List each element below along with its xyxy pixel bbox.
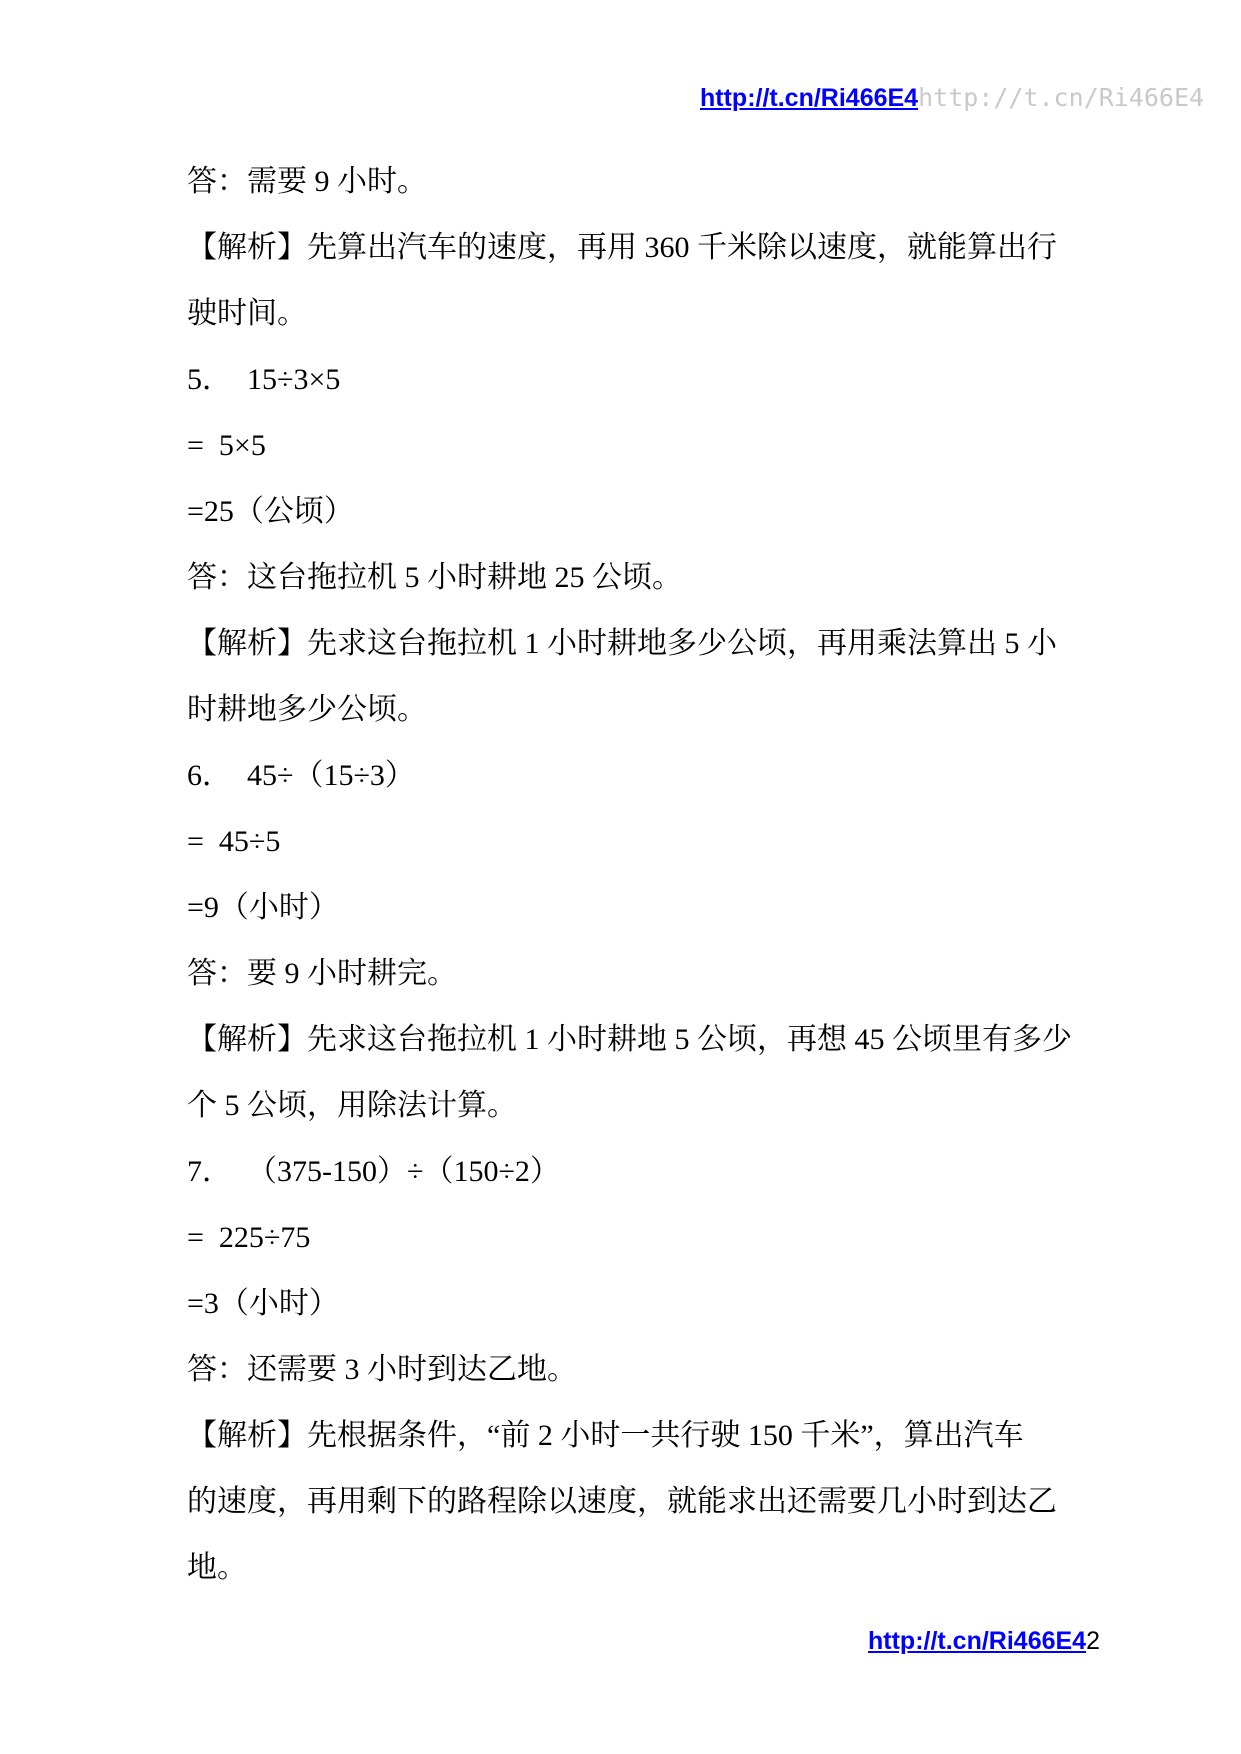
text-line: = 45÷5 (187, 809, 1117, 875)
page-header: http://t.cn/Ri466E4http://t.cn/Ri466E4 (700, 84, 1204, 113)
text-line: =3（小时） (187, 1271, 1117, 1337)
text-line: 【解析】先求这台拖拉机 1 小时耕地 5 公顷，再想 45 公顷里有多少 (187, 1007, 1117, 1073)
document-body: 答：需要 9 小时。 【解析】先算出汽车的速度，再用 360 千米除以速度，就能… (187, 149, 1117, 1601)
text-line: =25（公顷） (187, 479, 1117, 545)
text-line: 时耕地多少公顷。 (187, 677, 1117, 743)
text-line: 的速度，再用剩下的路程除以速度，就能求出还需要几小时到达乙 (187, 1469, 1117, 1535)
text-line: 6． 45÷（15÷3） (187, 743, 1117, 809)
text-line: 【解析】先算出汽车的速度，再用 360 千米除以速度，就能算出行 (187, 215, 1117, 281)
text-line: =9（小时） (187, 875, 1117, 941)
text-line: 个 5 公顷，用除法计算。 (187, 1073, 1117, 1139)
page-number: 2 (1086, 1627, 1100, 1655)
document-page: http://t.cn/Ri466E4http://t.cn/Ri466E4 答… (0, 0, 1241, 1754)
header-link[interactable]: http://t.cn/Ri466E4 (700, 84, 918, 112)
text-line: 答：需要 9 小时。 (187, 149, 1117, 215)
footer-link[interactable]: http://t.cn/Ri466E4 (868, 1627, 1086, 1655)
text-line: 答：要 9 小时耕完。 (187, 941, 1117, 1007)
page-footer: http://t.cn/Ri466E42 (868, 1626, 1100, 1656)
text-line: 【解析】先求这台拖拉机 1 小时耕地多少公顷，再用乘法算出 5 小 (187, 611, 1117, 677)
text-line: 7． （375-150）÷（150÷2） (187, 1139, 1117, 1205)
watermark-text: http://t.cn/Ri466E4 (918, 83, 1204, 112)
text-line: 5． 15÷3×5 (187, 347, 1117, 413)
text-line: 【解析】先根据条件，“前 2 小时一共行驶 150 千米”，算出汽车 (187, 1403, 1117, 1469)
text-line: = 5×5 (187, 413, 1117, 479)
text-line: 答：还需要 3 小时到达乙地。 (187, 1337, 1117, 1403)
text-line: 答：这台拖拉机 5 小时耕地 25 公顷。 (187, 545, 1117, 611)
text-line: = 225÷75 (187, 1205, 1117, 1271)
text-line: 驶时间。 (187, 281, 1117, 347)
text-line: 地。 (187, 1535, 1117, 1601)
